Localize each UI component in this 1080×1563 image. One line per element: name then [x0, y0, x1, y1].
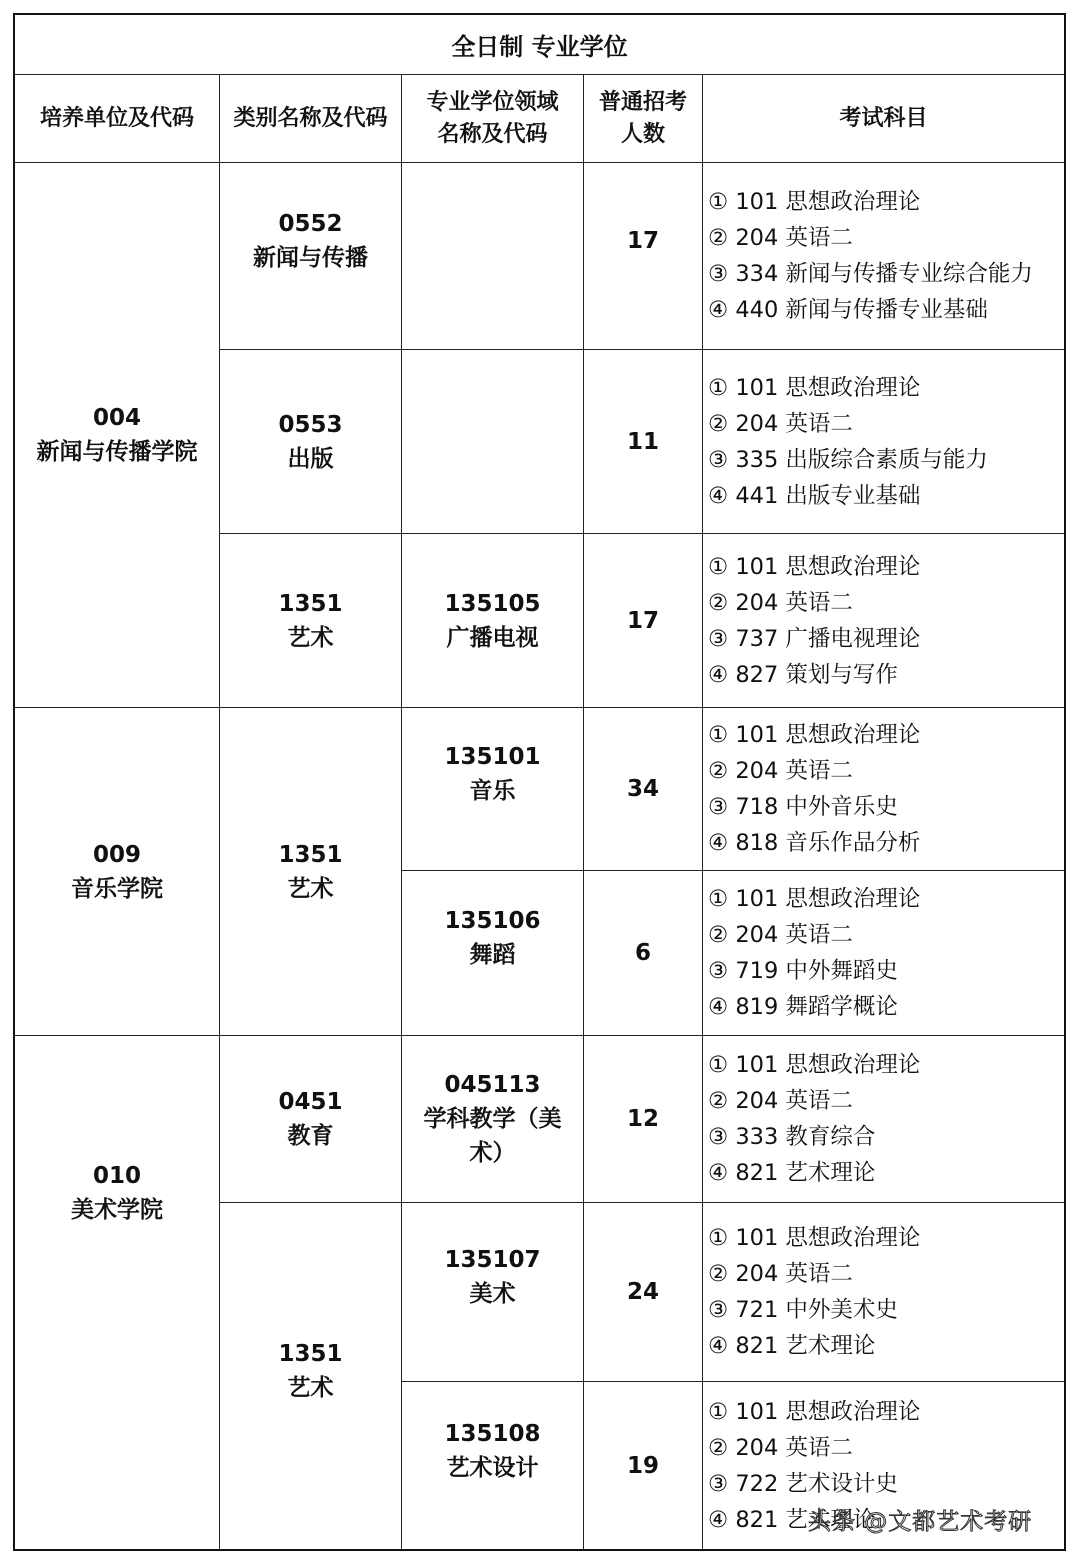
subject-item: ③ 334 新闻与传播专业综合能力: [708, 256, 1033, 292]
subject-item: ② 204 英语二: [708, 406, 853, 442]
field-name: 艺术设计: [447, 1451, 539, 1485]
subject-item: ③ 722 艺术设计史: [708, 1466, 898, 1502]
subject-item: ④ 818 音乐作品分析: [708, 825, 920, 861]
header-unit: 培养单位及代码: [15, 74, 219, 162]
category-code: 0553: [278, 408, 342, 442]
count-cell: 17: [583, 533, 702, 707]
unit-name: 新闻与传播学院: [37, 435, 198, 469]
subject-item: ③ 333 教育综合: [708, 1119, 875, 1155]
subjects-cell: ① 101 思想政治理论 ② 204 英语二 ③ 718 中外音乐史 ④ 818…: [702, 707, 1064, 870]
subject-item: ② 204 英语二: [708, 585, 853, 621]
subject-item: ④ 441 出版专业基础: [708, 478, 920, 514]
subjects-cell: ① 101 思想政治理论 ② 204 英语二 ③ 719 中外舞蹈史 ④ 819…: [702, 870, 1064, 1035]
unit-code: 010: [93, 1159, 141, 1193]
category-code: 1351: [278, 587, 342, 621]
subject-item: ① 101 思想政治理论: [708, 549, 920, 585]
field-code: 135108: [444, 1417, 540, 1451]
category-code: 1351: [278, 838, 342, 872]
field-code: 135106: [444, 904, 540, 938]
field-cell: 135107 美术: [401, 1202, 583, 1381]
subject-item: ① 101 思想政治理论: [708, 717, 920, 753]
watermark: 头条 @文都艺术考研: [808, 1503, 1032, 1536]
field-cell: 135105 广播电视: [401, 533, 583, 707]
header-count-line2: 人数: [621, 119, 665, 151]
header-subjects: 考试科目: [702, 74, 1064, 162]
header-count: 普通招考 人数: [583, 74, 702, 162]
subject-item: ④ 819 舞蹈学概论: [708, 989, 898, 1025]
header-category: 类别名称及代码: [219, 74, 401, 162]
subject-item: ① 101 思想政治理论: [708, 1394, 920, 1430]
field-name: 广播电视: [447, 621, 539, 655]
unit-name: 音乐学院: [71, 872, 163, 906]
subject-item: ③ 718 中外音乐史: [708, 789, 898, 825]
unit-code: 009: [93, 838, 141, 872]
field-cell: 135101 音乐: [401, 707, 583, 870]
category-name: 艺术: [288, 621, 334, 655]
field-name-line2: 术）: [470, 1136, 516, 1170]
subject-item: ② 204 英语二: [708, 1083, 853, 1119]
unit-name: 美术学院: [71, 1193, 163, 1227]
field-cell: 135106 舞蹈: [401, 870, 583, 1035]
count-cell: 12: [583, 1035, 702, 1202]
field-code: 135105: [444, 587, 540, 621]
field-name-line1: 学科教学（美: [424, 1102, 562, 1136]
category-code: 0552: [278, 207, 342, 241]
count-cell: 6: [583, 870, 702, 1035]
subjects-cell: ① 101 思想政治理论 ② 204 英语二 ③ 335 出版综合素质与能力 ④…: [702, 349, 1064, 533]
category-name: 教育: [288, 1119, 334, 1153]
header-field-line2: 名称及代码: [437, 119, 547, 151]
field-name: 音乐: [470, 774, 516, 808]
subject-item: ④ 821 艺术理论: [708, 1155, 875, 1191]
category-code: 0451: [278, 1085, 342, 1119]
category-name: 艺术: [288, 1371, 334, 1405]
header-field: 专业学位领域 名称及代码: [401, 74, 583, 162]
subject-item: ① 101 思想政治理论: [708, 1220, 920, 1256]
unit-cell: 009 音乐学院: [15, 707, 219, 1035]
field-code: 135101: [444, 740, 540, 774]
category-name: 艺术: [288, 872, 334, 906]
header-field-line1: 专业学位领域: [426, 87, 558, 119]
count-cell: 11: [583, 349, 702, 533]
count-cell: 19: [583, 1381, 702, 1549]
count-cell: 34: [583, 707, 702, 870]
category-cell: 0451 教育: [219, 1035, 401, 1202]
category-cell: 1351 艺术: [219, 533, 401, 707]
category-name: 出版: [288, 442, 334, 476]
field-cell: 045113 学科教学（美 术）: [401, 1035, 583, 1202]
subject-item: ② 204 英语二: [708, 1430, 853, 1466]
admissions-table: 全日制 专业学位 培养单位及代码 类别名称及代码 专业学位领域 名称及代码 普通…: [13, 13, 1066, 1551]
subject-item: ④ 827 策划与写作: [708, 657, 898, 693]
field-code: 045113: [444, 1068, 540, 1102]
subjects-cell: ① 101 思想政治理论 ② 204 英语二 ③ 333 教育综合 ④ 821 …: [702, 1035, 1064, 1202]
subjects-cell: ① 101 思想政治理论 ② 204 英语二 ③ 721 中外美术史 ④ 821…: [702, 1202, 1064, 1381]
subjects-cell: ① 101 思想政治理论 ② 204 英语二 ③ 737 广播电视理论 ④ 82…: [702, 533, 1064, 707]
count-cell: 17: [583, 162, 702, 349]
category-cell: 1351 艺术: [219, 1202, 401, 1549]
subject-item: ② 204 英语二: [708, 917, 853, 953]
field-cell-empty: [401, 349, 583, 533]
category-code: 1351: [278, 1337, 342, 1371]
subject-item: ③ 719 中外舞蹈史: [708, 953, 898, 989]
subject-item: ② 204 英语二: [708, 1256, 853, 1292]
category-name: 新闻与传播: [253, 241, 368, 275]
header-count-line1: 普通招考: [599, 87, 687, 119]
subject-item: ① 101 思想政治理论: [708, 1047, 920, 1083]
subject-item: ③ 721 中外美术史: [708, 1292, 898, 1328]
count-cell: 24: [583, 1202, 702, 1381]
subject-item: ④ 821 艺术理论: [708, 1328, 875, 1364]
table-title: 全日制 专业学位: [15, 15, 1064, 74]
field-name: 舞蹈: [470, 938, 516, 972]
subject-item: ④ 440 新闻与传播专业基础: [708, 292, 988, 328]
field-cell-empty: [401, 162, 583, 349]
category-cell: 0552 新闻与传播: [219, 162, 401, 349]
subject-item: ② 204 英语二: [708, 220, 853, 256]
subject-item: ③ 335 出版综合素质与能力: [708, 442, 988, 478]
subjects-cell: ① 101 思想政治理论 ② 204 英语二 ③ 334 新闻与传播专业综合能力…: [702, 162, 1064, 349]
field-cell: 135108 艺术设计: [401, 1381, 583, 1549]
subject-item: ① 101 思想政治理论: [708, 370, 920, 406]
field-name: 美术: [470, 1277, 516, 1311]
unit-code: 004: [93, 401, 141, 435]
unit-cell: 004 新闻与传播学院: [15, 162, 219, 707]
unit-cell: 010 美术学院: [15, 1035, 219, 1549]
subject-item: ① 101 思想政治理论: [708, 184, 920, 220]
subject-item: ① 101 思想政治理论: [708, 881, 920, 917]
category-cell: 1351 艺术: [219, 707, 401, 1035]
subject-item: ② 204 英语二: [708, 753, 853, 789]
field-code: 135107: [444, 1243, 540, 1277]
subject-item: ③ 737 广播电视理论: [708, 621, 920, 657]
category-cell: 0553 出版: [219, 349, 401, 533]
